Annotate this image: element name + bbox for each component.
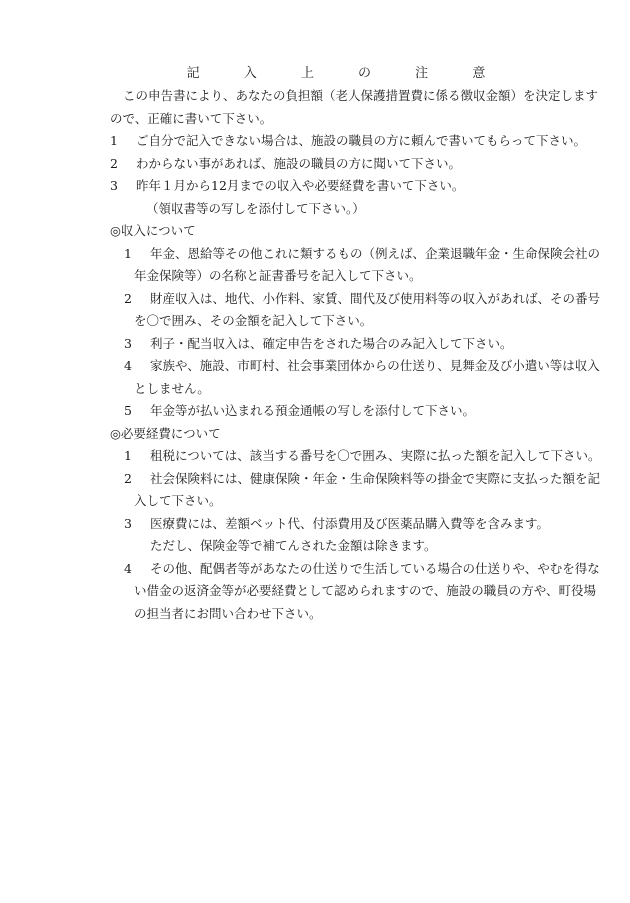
expense-item-4-cont-1: い借金の返済金等が必要経費として認められますので、施設の職員の方や、町役場 (110, 580, 570, 603)
expense-item-3-note: ただし、保険金等で補てんされた金額は除きます。 (110, 535, 570, 558)
general-item-1: 1ご自分で記入できない場合は、施設の職員の方に頼んで書いてもらって下さい。 (110, 130, 570, 153)
notes-document: 記 入 上 の 注 意 この申告書により、あなたの負担額（老人保護措置費に係る徴… (110, 62, 570, 625)
general-item-3-note: （領収書等の写しを添付して下さい。） (110, 198, 570, 221)
income-heading: ◎収入について (110, 220, 570, 243)
income-item-4: 4家族や、施設、市町村、社会事業団体からの仕送り、見舞金及び小遣い等は収入 (110, 355, 570, 378)
document-title: 記 入 上 の 注 意 (110, 62, 570, 85)
general-item-2: 2わからない事があれば、施設の職員の方に聞いて下さい。 (110, 153, 570, 176)
income-item-2-cont: を〇で囲み、その金額を記入して下さい。 (110, 310, 570, 333)
expenses-heading: ◎必要経費について (110, 423, 570, 446)
income-item-4-cont: としません。 (110, 378, 570, 401)
expense-item-4-cont-2: の担当者にお問い合わせ下さい。 (110, 603, 570, 626)
income-item-1-cont: 年金保険等）の名称と証書番号を記入して下さい。 (110, 265, 570, 288)
income-item-5: 5年金等が払い込まれる預金通帳の写しを添付して下さい。 (110, 400, 570, 423)
expense-item-1: 1租税については、該当する番号を〇で囲み、実際に払った額を記入して下さい。 (110, 445, 570, 468)
general-item-3: 3昨年１月から12月までの収入や必要経費を書いて下さい。 (110, 175, 570, 198)
intro-line-2: ので、正確に書いて下さい。 (110, 108, 570, 131)
income-item-3: 3利子・配当収入は、確定申告をされた場合のみ記入して下さい。 (110, 333, 570, 356)
income-item-1: 1年金、恩給等その他これに類するもの（例えば、企業退職年金・生命保険会社の (110, 243, 570, 266)
expense-item-3: 3医療費には、差額ベット代、付添費用及び医薬品購入費等を含みます。 (110, 513, 570, 536)
expense-item-4: 4その他、配偶者等があなたの仕送りで生活している場合の仕送りや、やむを得な (110, 558, 570, 581)
income-item-2: 2財産収入は、地代、小作料、家賃、間代及び使用料等の収入があれば、その番号 (110, 288, 570, 311)
expense-item-2: 2社会保険料には、健康保険・年金・生命保険料等の掛金で実際に支払った額を記 (110, 468, 570, 491)
expense-item-2-cont: 入して下さい。 (110, 490, 570, 513)
intro-line-1: この申告書により、あなたの負担額（老人保護措置費に係る徴収金額）を決定します (110, 85, 570, 108)
